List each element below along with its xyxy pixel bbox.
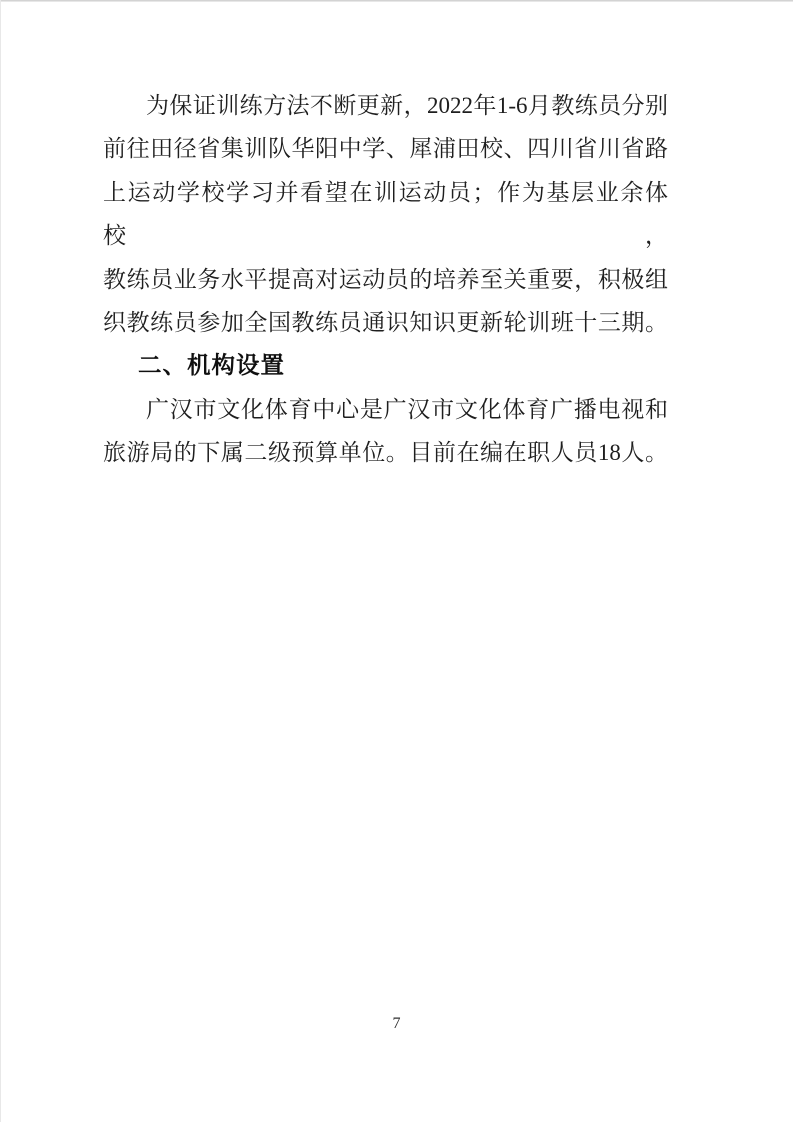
text-line: 为保证训练方法不断更新，2022年1-6月教练员分别: [103, 84, 668, 127]
text-line: 上运动学校学习并看望在训运动员；作为基层业余体校，: [103, 171, 668, 258]
paragraph: 广汉市文化体育中心是广汉市文化体育广播电视和旅游局的下属二级预算单位。目前在编在…: [103, 388, 668, 475]
text-line: 前往田径省集训队华阳中学、犀浦田校、四川省川省路: [103, 127, 668, 170]
text-line: 教练员业务水平提高对运动员的培养至关重要，积极组: [103, 258, 668, 301]
section-heading-text: 二、机构设置: [103, 344, 668, 387]
text-line: 织教练员参加全国教练员通识知识更新轮训班十三期。: [103, 301, 668, 344]
document-page: 为保证训练方法不断更新，2022年1-6月教练员分别前往田径省集训队华阳中学、犀…: [0, 0, 793, 1122]
paragraph: 为保证训练方法不断更新，2022年1-6月教练员分别前往田径省集训队华阳中学、犀…: [103, 84, 668, 344]
text-line: 旅游局的下属二级预算单位。目前在编在职人员18人。: [103, 431, 668, 474]
section-heading: 二、机构设置: [103, 344, 668, 387]
scan-edge-left: [0, 0, 1, 1122]
text-line: 广汉市文化体育中心是广汉市文化体育广播电视和: [103, 388, 668, 431]
page-number: 7: [0, 1013, 793, 1035]
document-body: 为保证训练方法不断更新，2022年1-6月教练员分别前往田径省集训队华阳中学、犀…: [103, 84, 668, 475]
scan-edge-top: [0, 0, 793, 2]
